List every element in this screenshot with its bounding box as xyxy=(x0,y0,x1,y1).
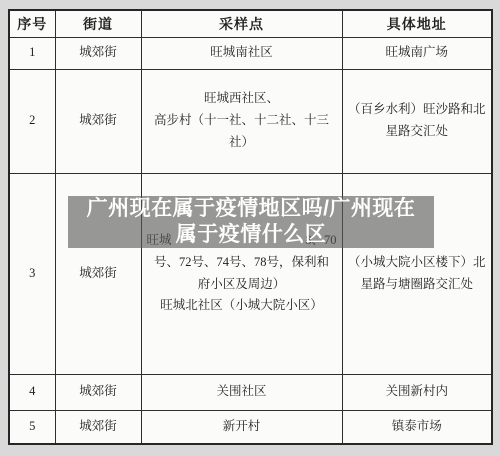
cell-address: （百乡水利）旺沙路和北 星路交汇处 xyxy=(342,69,492,173)
header-site: 采样点 xyxy=(141,10,342,37)
cell-no: 3 xyxy=(9,173,55,374)
site-text-remainder: 号、72号、74号、78号，保利和 府小区及周边） 旺城北社区（小城大院小区） xyxy=(145,252,339,318)
cell-site: 旺城南社区 xyxy=(141,37,342,69)
table-row: 2 城郊街 旺城西社区、 高步村（十一社、十二社、十三 社） （百乡水利）旺沙路… xyxy=(9,69,492,173)
header-no: 序号 xyxy=(9,10,55,37)
overlay-caption: 广州现在属于疫情地区吗/广州现在 属于疫情什么区 xyxy=(68,196,434,248)
cell-address: 关围新村内 xyxy=(342,374,492,410)
cell-street: 城郊街 xyxy=(55,69,141,173)
cell-no: 4 xyxy=(9,374,55,410)
table-row: 4 城郊街 关围社区 关围新村内 xyxy=(9,374,492,410)
cell-site: 关围社区 xyxy=(141,374,342,410)
page-background: 序号 街道 采样点 具体地址 1 城郊街 旺城南社区 旺城南广场 2 城郊街 旺… xyxy=(0,0,500,456)
table-row: 5 城郊街 新开村 镇泰市场 xyxy=(9,410,492,444)
cell-no: 2 xyxy=(9,69,55,173)
table-header-row: 序号 街道 采样点 具体地址 xyxy=(9,10,492,37)
cell-site: 新开村 xyxy=(141,410,342,444)
cell-street: 城郊街 xyxy=(55,374,141,410)
cell-no: 1 xyxy=(9,37,55,69)
cell-no: 5 xyxy=(9,410,55,444)
overlay-caption-text: 广州现在属于疫情地区吗/广州现在 属于疫情什么区 xyxy=(87,196,416,248)
header-address: 具体地址 xyxy=(342,10,492,37)
cell-site: 旺城西社区、 高步村（十一社、十二社、十三 社） xyxy=(141,69,342,173)
cell-street: 城郊街 xyxy=(55,37,141,69)
table-row: 1 城郊街 旺城南社区 旺城南广场 xyxy=(9,37,492,69)
header-street: 街道 xyxy=(55,10,141,37)
cell-address: 镇泰市场 xyxy=(342,410,492,444)
cell-street: 城郊街 xyxy=(55,410,141,444)
cell-address: 旺城南广场 xyxy=(342,37,492,69)
